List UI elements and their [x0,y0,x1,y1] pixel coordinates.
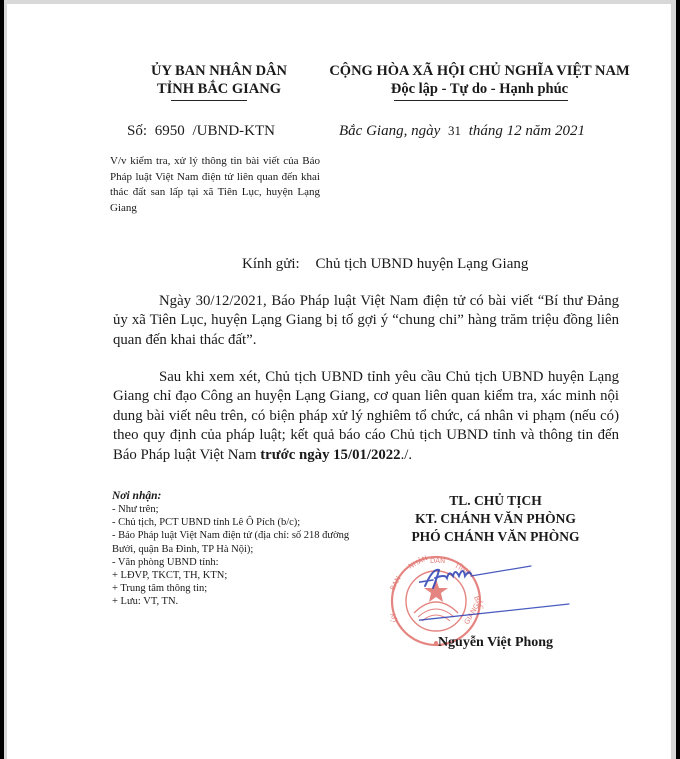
recipient-item: + Trung tâm thông tin; [112,582,352,595]
recipient-item: + Lưu: VT, TN. [112,595,352,608]
nation-line-2: Độc lập - Tự do - Hạnh phúc [312,80,647,98]
handwritten-signature-icon [419,564,619,644]
recipients-list: Nơi nhận: - Như trên; - Chủ tịch, PCT UB… [112,489,352,609]
document-frame: ỦY BAN NHÂN DÂN TỈNH BẮC GIANG CỘNG HÒA … [4,0,676,759]
recipient-item: - Như trên; [112,503,352,516]
date-place: Bắc Giang, ngày [339,123,440,139]
agency-underline [171,100,247,101]
svg-text:ỦY: ỦY [387,611,400,624]
agency-line-2: TỈNH BẮC GIANG [119,80,319,98]
body-paragraph-2: Sau khi xem xét, Chủ tịch UBND tỉnh yêu … [113,368,619,465]
doc-number-prefix: Số: [127,123,147,139]
recipient-name: Chủ tịch UBND huyện Lạng Giang [315,256,528,272]
svg-text:BAN: BAN [389,575,403,592]
national-header: CỘNG HÒA XÃ HỘI CHỦ NGHĨA VIỆT NAM Độc l… [312,62,647,98]
signature-title-2: KT. CHÁNH VĂN PHÒNG [383,510,608,528]
signer-name: Nguyễn Việt Phong [383,635,608,651]
motto-underline [394,100,568,101]
issue-date: Bắc Giang, ngày 31 tháng 12 năm 2021 [339,123,585,140]
recipient-item: - Báo Pháp luật Việt Nam điện tử (địa ch… [112,529,352,555]
recipient-label: Kính gửi: [242,256,300,272]
document-page: ỦY BAN NHÂN DÂN TỈNH BẮC GIANG CỘNG HÒA … [7,4,671,759]
deadline-text: trước ngày 15/01/2022 [260,447,400,463]
document-number: Số: 6950 /UBND-KTN [127,123,275,140]
doc-number-suffix: /UBND-KTN [193,123,276,139]
recipient-item: - Văn phòng UBND tỉnh: [112,556,352,569]
agency-line-1: ỦY BAN NHÂN DÂN [119,62,319,80]
recipients-title: Nơi nhận: [112,489,352,503]
body-paragraph-1: Ngày 30/12/2021, Báo Pháp luật Việt Nam … [113,292,619,350]
nation-line-1: CỘNG HÒA XÃ HỘI CHỦ NGHĨA VIỆT NAM [312,62,647,80]
date-month-year: tháng 12 năm 2021 [469,123,585,139]
agency-header: ỦY BAN NHÂN DÂN TỈNH BẮC GIANG [119,62,319,98]
recipient-item: + LĐVP, TKCT, TH, KTN; [112,569,352,582]
subject-line: V/v kiểm tra, xử lý thông tin bài viết c… [110,154,320,216]
signature-title-1: TL. CHỦ TỊCH [383,492,608,510]
recipient-item: - Chủ tịch, PCT UBND tỉnh Lê Ô Pích (b/c… [112,516,352,529]
date-day: 31 [448,123,461,138]
paragraph-2-end: ./. [401,447,413,463]
doc-number-value: 6950 [155,123,185,139]
signature-titles: TL. CHỦ TỊCH KT. CHÁNH VĂN PHÒNG PHÓ CHÁ… [383,492,608,546]
signature-title-3: PHÓ CHÁNH VĂN PHÒNG [383,528,608,546]
recipient-line: Kính gửi: Chủ tịch UBND huyện Lạng Giang [242,256,528,273]
